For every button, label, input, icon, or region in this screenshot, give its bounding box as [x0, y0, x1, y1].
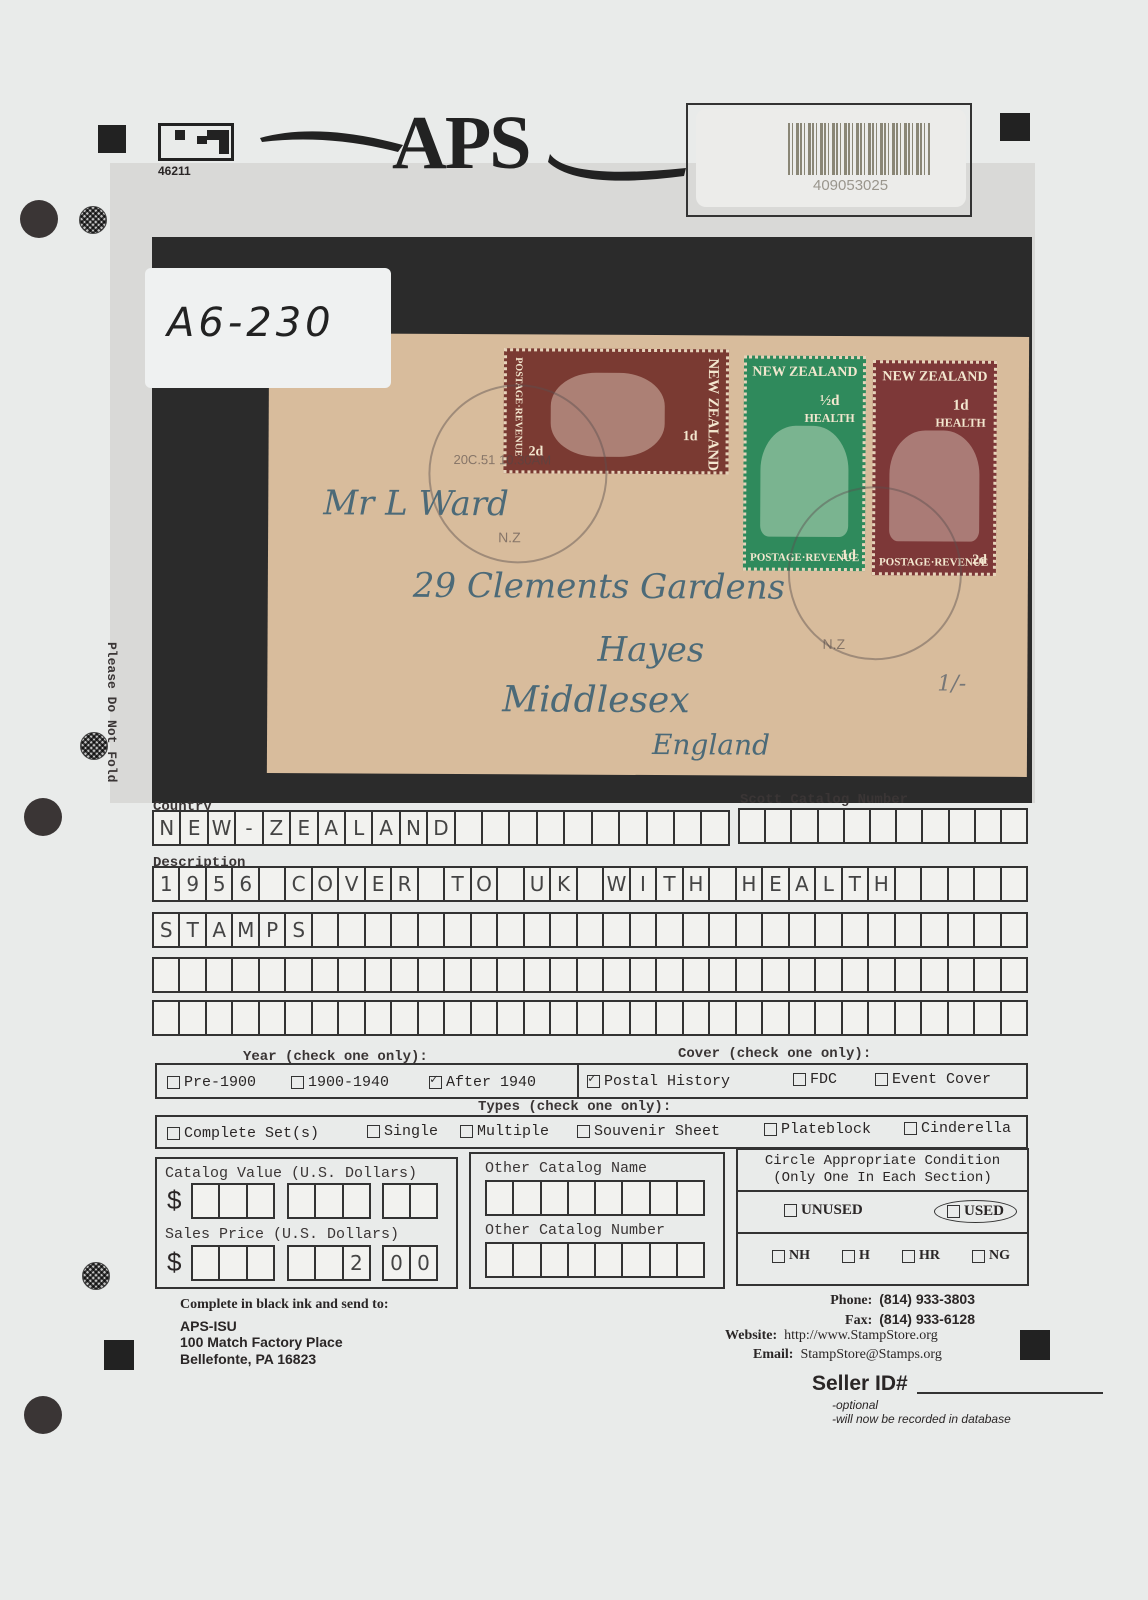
cover-option-event-cover[interactable]: Event Cover: [875, 1071, 991, 1088]
type-option-cinderella[interactable]: Cinderella: [904, 1120, 1011, 1137]
grid-cell[interactable]: [392, 959, 418, 991]
seller-note-optional: -optional: [832, 1398, 878, 1412]
grid-cell[interactable]: [684, 959, 710, 991]
grid-cell[interactable]: [593, 812, 620, 844]
envelope: NEW ZEALAND POSTAGE·REVENUE 1d 2d NEW ZE…: [267, 333, 1029, 777]
seller-id-field[interactable]: [917, 1392, 1103, 1394]
grid-cell[interactable]: [922, 959, 948, 991]
grid-cell[interactable]: [220, 1185, 247, 1217]
grid-cell[interactable]: [316, 1185, 343, 1217]
swoosh-right: [548, 150, 688, 190]
grid-cell[interactable]: [472, 1002, 498, 1034]
grid-cell[interactable]: [740, 810, 766, 842]
registration-mark: [1000, 113, 1030, 141]
grid-cell[interactable]: [657, 914, 683, 946]
grid-cell[interactable]: [843, 1002, 869, 1034]
gum-nh[interactable]: NH: [772, 1248, 810, 1264]
cover-title: Cover (check one only):: [678, 1046, 871, 1062]
grid-cell[interactable]: [366, 959, 392, 991]
grid-cell[interactable]: [657, 959, 683, 991]
grid-cell[interactable]: [551, 1002, 577, 1034]
grid-cell[interactable]: [207, 1002, 233, 1034]
description-line-2[interactable]: STAMPS: [152, 912, 1028, 948]
condition-used[interactable]: USED: [934, 1200, 1017, 1223]
grid-cell[interactable]: O: [313, 868, 339, 900]
grid-cell[interactable]: [578, 868, 604, 900]
grid-cell[interactable]: [657, 1002, 683, 1034]
grid-cell[interactable]: M: [233, 914, 259, 946]
description-line-1[interactable]: 1956COVERTOUKWITHHEALTH: [152, 866, 1028, 902]
grid-cell[interactable]: [472, 959, 498, 991]
grid-cell[interactable]: [193, 1185, 220, 1217]
grid-cell[interactable]: N: [401, 812, 428, 844]
grid-cell[interactable]: [922, 914, 948, 946]
grid-cell[interactable]: [289, 1247, 316, 1279]
grid-cell[interactable]: 2: [344, 1247, 369, 1279]
grid-cell[interactable]: R: [392, 868, 418, 900]
grid-cell[interactable]: [578, 1002, 604, 1034]
grid-cell[interactable]: H: [684, 868, 710, 900]
grid-cell[interactable]: [949, 1002, 975, 1034]
grid-cell[interactable]: [233, 1002, 259, 1034]
year-option-1900-1940[interactable]: 1900-1940: [291, 1074, 389, 1091]
grid-cell[interactable]: [551, 914, 577, 946]
address-line: Hayes: [597, 630, 704, 671]
grid-cell[interactable]: [763, 1002, 789, 1034]
type-option-single[interactable]: Single: [367, 1123, 438, 1140]
grid-cell[interactable]: [384, 1185, 411, 1217]
grid-cell[interactable]: [366, 1002, 392, 1034]
grid-cell[interactable]: [419, 959, 445, 991]
grid-cell[interactable]: [975, 868, 1001, 900]
grid-cell[interactable]: [498, 914, 524, 946]
grid-cell[interactable]: [949, 868, 975, 900]
grid-cell[interactable]: T: [180, 914, 206, 946]
grid-cell[interactable]: O: [472, 868, 498, 900]
grid-cell[interactable]: 1: [154, 868, 180, 900]
grid-cell[interactable]: [551, 959, 577, 991]
registration-mark: [1020, 1330, 1050, 1360]
grid-cell[interactable]: [923, 810, 949, 842]
grid-cell[interactable]: [411, 1185, 436, 1217]
grid-cell[interactable]: [565, 812, 592, 844]
description-line-4[interactable]: [152, 1000, 1028, 1036]
grid-cell[interactable]: [763, 914, 789, 946]
grid-cell[interactable]: [1002, 810, 1026, 842]
description-line-3[interactable]: [152, 957, 1028, 993]
type-option-plateblock[interactable]: Plateblock: [764, 1121, 871, 1138]
grid-cell[interactable]: [1002, 914, 1026, 946]
punch-hole: [20, 200, 58, 238]
phone: (814) 933-3803: [879, 1291, 975, 1307]
grid-cell[interactable]: [1002, 959, 1026, 991]
grid-cell[interactable]: [631, 959, 657, 991]
grid-cell[interactable]: [220, 1247, 247, 1279]
grid-cell[interactable]: [578, 959, 604, 991]
grid-cell[interactable]: [286, 1002, 312, 1034]
postmark: [787, 486, 962, 661]
grid-cell[interactable]: [648, 812, 675, 844]
grid-cell[interactable]: [766, 810, 792, 842]
sales-price-dollars[interactable]: 2: [287, 1245, 371, 1281]
grid-cell[interactable]: [578, 914, 604, 946]
grid-cell[interactable]: [514, 1182, 541, 1214]
grid-cell[interactable]: [816, 1002, 842, 1034]
gum-hr[interactable]: HR: [902, 1248, 940, 1264]
condition-unused[interactable]: UNUSED: [784, 1202, 863, 1219]
grid-cell[interactable]: [510, 812, 537, 844]
grid-cell[interactable]: [260, 868, 286, 900]
grid-cell[interactable]: [975, 959, 1001, 991]
grid-cell[interactable]: [207, 959, 233, 991]
swoosh-left: [258, 120, 408, 160]
grid-cell[interactable]: [737, 959, 763, 991]
type-option-complete-set[interactable]: Complete Set(s): [167, 1125, 319, 1142]
aps-mark-icon: [158, 123, 234, 161]
grid-cell[interactable]: 0: [411, 1247, 436, 1279]
other-catalog-box: Other Catalog Name Other Catalog Number: [469, 1152, 725, 1289]
grid-cell[interactable]: [976, 810, 1002, 842]
form-number: 46211: [158, 164, 191, 178]
grid-cell[interactable]: P: [260, 914, 286, 946]
grid-cell[interactable]: L: [346, 812, 373, 844]
condition-box: Circle Appropriate Condition (Only One I…: [736, 1148, 1029, 1286]
year-option-after-1940[interactable]: After 1940: [429, 1074, 536, 1091]
grid-cell[interactable]: [897, 810, 923, 842]
barcode-label: 409053025: [686, 103, 972, 217]
grid-cell[interactable]: [678, 1182, 703, 1214]
country-field[interactable]: NEW-ZEALAND: [152, 810, 730, 846]
grid-cell[interactable]: [869, 959, 895, 991]
grid-cell[interactable]: [498, 868, 524, 900]
type-option-souvenir-sheet[interactable]: Souvenir Sheet: [577, 1123, 720, 1140]
cover-option-fdc[interactable]: FDC: [793, 1071, 837, 1088]
value-box: Catalog Value (U.S. Dollars) $ Sales Pri…: [155, 1157, 458, 1289]
grid-cell[interactable]: [871, 810, 897, 842]
catalog-value-dollars-thousands[interactable]: [191, 1183, 275, 1219]
reinforcement-ring: [79, 206, 107, 234]
grid-cell[interactable]: [445, 1002, 471, 1034]
barcode-number: 409053025: [813, 177, 888, 194]
gum-ng[interactable]: NG: [972, 1248, 1010, 1264]
grid-cell[interactable]: I: [631, 868, 657, 900]
other-catalog-name-field[interactable]: [485, 1180, 705, 1216]
grid-cell[interactable]: 9: [180, 868, 206, 900]
grid-cell[interactable]: H: [737, 868, 763, 900]
grid-cell[interactable]: [419, 868, 445, 900]
grid-cell[interactable]: [604, 914, 630, 946]
grid-cell[interactable]: [869, 1002, 895, 1034]
grid-cell[interactable]: [289, 1185, 316, 1217]
grid-cell[interactable]: [180, 959, 206, 991]
grid-cell[interactable]: [392, 914, 418, 946]
inventory-label: A6-230: [145, 268, 391, 388]
website-line: Website: http://www.StampStore.org: [725, 1328, 938, 1344]
year-option-pre-1900[interactable]: Pre-1900: [167, 1074, 256, 1091]
type-option-multiple[interactable]: Multiple: [460, 1123, 549, 1140]
grid-cell[interactable]: T: [445, 868, 471, 900]
grid-cell[interactable]: [843, 959, 869, 991]
grid-cell[interactable]: [684, 914, 710, 946]
grid-cell[interactable]: [763, 959, 789, 991]
grid-cell[interactable]: D: [428, 812, 455, 844]
grid-cell[interactable]: [596, 1182, 623, 1214]
grid-cell[interactable]: [154, 1002, 180, 1034]
grid-cell[interactable]: [313, 1002, 339, 1034]
grid-cell[interactable]: [684, 1002, 710, 1034]
email-line: Email: StampStore@Stamps.org: [753, 1347, 942, 1363]
grid-cell[interactable]: [816, 914, 842, 946]
grid-cell[interactable]: [922, 868, 948, 900]
grid-cell[interactable]: [248, 1185, 273, 1217]
grid-cell[interactable]: [896, 1002, 922, 1034]
grid-cell[interactable]: [950, 810, 976, 842]
grid-cell[interactable]: [922, 1002, 948, 1034]
other-catalog-number-field[interactable]: [485, 1242, 705, 1278]
grid-cell[interactable]: [1002, 868, 1026, 900]
grid-cell[interactable]: L: [816, 868, 842, 900]
punch-hole: [24, 798, 62, 836]
grid-cell[interactable]: [498, 959, 524, 991]
contact-block: Phone: (814) 933-3803 Fax: (814) 933-612…: [720, 1290, 975, 1330]
grid-cell[interactable]: [154, 959, 180, 991]
grid-cell[interactable]: U: [525, 868, 551, 900]
grid-cell[interactable]: [487, 1182, 514, 1214]
types-title: Types (check one only):: [478, 1099, 671, 1115]
grid-cell[interactable]: A: [373, 812, 400, 844]
grid-cell[interactable]: V: [339, 868, 365, 900]
grid-cell[interactable]: [445, 914, 471, 946]
grid-cell[interactable]: [710, 959, 736, 991]
year-cover-box: Pre-1900 1900-1940 After 1940 Postal His…: [155, 1063, 1028, 1099]
grid-cell[interactable]: [260, 1002, 286, 1034]
postmark-date: 20C.51 10.30AM: [453, 452, 551, 468]
seller-note-database: -will now be recorded in database: [832, 1412, 1011, 1426]
grid-cell[interactable]: [542, 1182, 569, 1214]
grid-cell[interactable]: A: [319, 812, 346, 844]
grid-cell[interactable]: E: [366, 868, 392, 900]
grid-cell[interactable]: [737, 914, 763, 946]
grid-cell[interactable]: [538, 812, 565, 844]
logo-text: APS: [392, 100, 530, 187]
grid-cell[interactable]: [678, 1244, 703, 1276]
grid-cell[interactable]: Z: [264, 812, 291, 844]
grid-cell[interactable]: [313, 959, 339, 991]
grid-cell[interactable]: [620, 812, 647, 844]
grid-cell[interactable]: [483, 812, 510, 844]
rate-note: 1/-: [937, 672, 966, 697]
scott-catalog-field[interactable]: [738, 808, 1028, 844]
grid-cell[interactable]: [710, 868, 736, 900]
grid-cell[interactable]: [792, 810, 818, 842]
grid-cell[interactable]: T: [843, 868, 869, 900]
grid-cell[interactable]: [569, 1244, 596, 1276]
postmark-country: N.Z: [822, 636, 845, 652]
grid-cell[interactable]: [286, 959, 312, 991]
grid-cell[interactable]: [710, 1002, 736, 1034]
grid-cell[interactable]: E: [763, 868, 789, 900]
grid-cell[interactable]: [843, 914, 869, 946]
grid-cell[interactable]: [525, 959, 551, 991]
grid-cell[interactable]: S: [286, 914, 312, 946]
grid-cell[interactable]: [542, 1244, 569, 1276]
grid-cell[interactable]: [339, 1002, 365, 1034]
grid-cell[interactable]: -: [236, 812, 263, 844]
grid-cell[interactable]: [472, 914, 498, 946]
grid-cell[interactable]: [975, 1002, 1001, 1034]
grid-cell[interactable]: 6: [233, 868, 259, 900]
grid-cell[interactable]: [623, 1244, 650, 1276]
grid-cell[interactable]: [869, 914, 895, 946]
grid-cell[interactable]: 5: [207, 868, 233, 900]
grid-cell[interactable]: [896, 959, 922, 991]
catalog-value-dollars[interactable]: [287, 1183, 371, 1219]
grid-cell[interactable]: [949, 959, 975, 991]
grid-cell[interactable]: [525, 1002, 551, 1034]
grid-cell[interactable]: T: [657, 868, 683, 900]
grid-cell[interactable]: E: [181, 812, 208, 844]
grid-cell[interactable]: [233, 959, 259, 991]
grid-cell[interactable]: N: [154, 812, 181, 844]
grid-cell[interactable]: [344, 1185, 369, 1217]
grid-cell[interactable]: C: [286, 868, 312, 900]
sales-price-dollars-thousands[interactable]: [191, 1245, 275, 1281]
side-note: Please Do Not Fold: [104, 642, 119, 782]
grid-cell[interactable]: [316, 1247, 343, 1279]
grid-cell[interactable]: [498, 1002, 524, 1034]
grid-cell[interactable]: [975, 914, 1001, 946]
sales-price-cents[interactable]: 00: [382, 1245, 438, 1281]
grid-cell[interactable]: [392, 1002, 418, 1034]
grid-cell[interactable]: E: [291, 812, 318, 844]
reinforcement-ring: [82, 1262, 110, 1290]
grid-cell[interactable]: [896, 914, 922, 946]
grid-cell[interactable]: [604, 959, 630, 991]
grid-cell[interactable]: [248, 1247, 273, 1279]
grid-cell[interactable]: A: [207, 914, 233, 946]
footer-street: 100 Match Factory Place: [180, 1334, 343, 1350]
footer-org: APS-ISU: [180, 1318, 237, 1334]
address-line: Mr L Ward: [323, 483, 509, 524]
grid-cell[interactable]: [631, 914, 657, 946]
registration-mark: [98, 125, 126, 153]
cover-option-postal-history[interactable]: Postal History: [587, 1073, 730, 1090]
types-box: Complete Set(s) Single Multiple Souvenir…: [155, 1115, 1028, 1149]
grid-cell[interactable]: A: [790, 868, 816, 900]
footer-instruction: Complete in black ink and send to:: [180, 1297, 388, 1313]
grid-cell[interactable]: [845, 810, 871, 842]
grid-cell[interactable]: [525, 914, 551, 946]
grid-cell[interactable]: [790, 914, 816, 946]
grid-cell[interactable]: [366, 914, 392, 946]
website-link[interactable]: http://www.StampStore.org: [784, 1328, 938, 1343]
grid-cell[interactable]: [339, 959, 365, 991]
address-line: 29 Clements Gardens: [413, 566, 785, 608]
grid-cell[interactable]: [456, 812, 483, 844]
grid-cell[interactable]: [790, 959, 816, 991]
grid-cell[interactable]: [816, 959, 842, 991]
address-line: England: [652, 728, 770, 762]
gum-h[interactable]: H: [842, 1248, 870, 1264]
grid-cell[interactable]: 0: [384, 1247, 411, 1279]
grid-cell[interactable]: [651, 1182, 678, 1214]
grid-cell[interactable]: [419, 914, 445, 946]
grid-cell[interactable]: [702, 812, 727, 844]
grid-cell[interactable]: [949, 914, 975, 946]
grid-cell[interactable]: [514, 1244, 541, 1276]
grid-cell[interactable]: [419, 1002, 445, 1034]
grid-cell[interactable]: [445, 959, 471, 991]
registration-mark: [104, 1340, 134, 1370]
grid-cell[interactable]: [631, 1002, 657, 1034]
grid-cell[interactable]: [623, 1182, 650, 1214]
scott-label: Scott Catalog Number: [740, 792, 908, 808]
grid-cell[interactable]: [339, 914, 365, 946]
grid-cell[interactable]: [896, 868, 922, 900]
grid-cell[interactable]: [487, 1244, 514, 1276]
seller-id-label: Seller ID#: [812, 1372, 908, 1396]
grid-cell[interactable]: K: [551, 868, 577, 900]
grid-cell[interactable]: [260, 959, 286, 991]
grid-cell[interactable]: [1002, 1002, 1026, 1034]
email-link[interactable]: StampStore@Stamps.org: [800, 1347, 941, 1362]
grid-cell[interactable]: [180, 1002, 206, 1034]
grid-cell[interactable]: [313, 914, 339, 946]
grid-cell[interactable]: [604, 1002, 630, 1034]
grid-cell[interactable]: [790, 1002, 816, 1034]
footer-city: Bellefonte, PA 16823: [180, 1351, 316, 1367]
postmark-country: N.Z: [498, 529, 521, 545]
grid-cell[interactable]: W: [209, 812, 236, 844]
punch-hole: [24, 1396, 62, 1434]
fax: (814) 933-6128: [879, 1311, 975, 1327]
grid-cell[interactable]: [819, 810, 845, 842]
grid-cell[interactable]: [569, 1182, 596, 1214]
grid-cell[interactable]: W: [604, 868, 630, 900]
grid-cell[interactable]: [675, 812, 702, 844]
catalog-value-cents[interactable]: [382, 1183, 438, 1219]
grid-cell[interactable]: [193, 1247, 220, 1279]
grid-cell[interactable]: [737, 1002, 763, 1034]
grid-cell[interactable]: [651, 1244, 678, 1276]
grid-cell[interactable]: H: [869, 868, 895, 900]
grid-cell[interactable]: S: [154, 914, 180, 946]
grid-cell[interactable]: [710, 914, 736, 946]
grid-cell[interactable]: [596, 1244, 623, 1276]
barcode-icon: [788, 123, 930, 175]
address-line: Middlesex: [502, 679, 690, 721]
